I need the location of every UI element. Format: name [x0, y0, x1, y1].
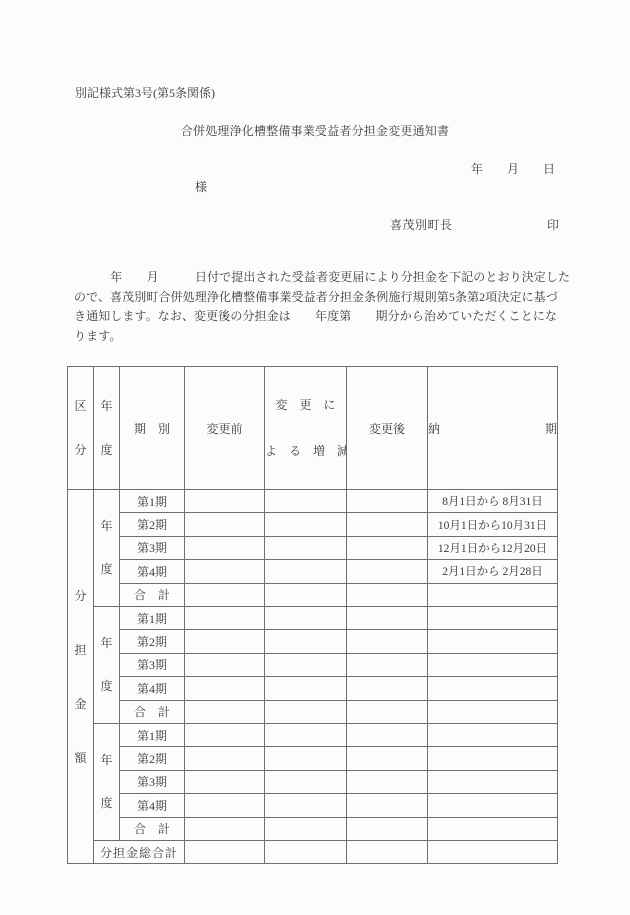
amount-before-cell — [185, 817, 265, 840]
fee-change-table: 区 分 年 度 期 別 変更前 変 更 に よ る 増 減 変更後 納 期 — [67, 366, 558, 864]
year-group-label: 年 度 — [94, 607, 120, 724]
issue-date-line: 年 月 日 — [471, 160, 555, 177]
amount-before-cell — [185, 607, 265, 630]
period-row: 第3期 — [68, 770, 558, 793]
amount-before-cell — [185, 841, 265, 864]
period-label-cell: 第1期 — [120, 490, 185, 513]
category-group-label: 分 担 金 額 — [68, 490, 94, 864]
amount-before-cell — [185, 794, 265, 817]
period-row: 年 度 第1期 — [68, 607, 558, 630]
amount-before-cell — [185, 677, 265, 700]
amount-after-cell — [347, 583, 428, 606]
due-period-cell — [428, 841, 558, 864]
amount-before-cell — [185, 747, 265, 770]
header-after: 変更後 — [347, 367, 428, 490]
amount-after-cell — [347, 817, 428, 840]
amount-after-cell — [347, 700, 428, 723]
category-char: 担 — [74, 641, 86, 658]
due-period-cell — [428, 653, 558, 676]
amount-change-cell — [265, 747, 347, 770]
form-number-label: 別記様式第3号(第5条関係) — [75, 84, 215, 101]
amount-change-cell — [265, 630, 347, 653]
amount-after-cell — [347, 747, 428, 770]
amount-change-cell — [265, 560, 347, 583]
grand-total-label: 分担金総合計 — [94, 841, 185, 864]
amount-before-cell — [185, 700, 265, 723]
header-due: 納 期 — [428, 367, 558, 490]
amount-after-cell — [347, 560, 428, 583]
amount-before-cell — [185, 490, 265, 513]
subtotal-row: 合 計 — [68, 700, 558, 723]
period-row: 第4期 — [68, 677, 558, 700]
period-row: 年 度 第1期 — [68, 724, 558, 747]
period-row: 第3期 12月1日から12月20日 — [68, 536, 558, 559]
amount-change-cell — [265, 817, 347, 840]
amount-after-cell — [347, 630, 428, 653]
due-period-cell — [428, 583, 558, 606]
amount-after-cell — [347, 513, 428, 536]
period-label-cell: 第4期 — [120, 677, 185, 700]
amount-before-cell — [185, 724, 265, 747]
seal-placeholder: 印 — [547, 216, 559, 233]
period-label-cell: 第1期 — [120, 607, 185, 630]
header-category: 区 分 — [68, 367, 94, 490]
amount-change-cell — [265, 583, 347, 606]
period-row: 第2期 — [68, 747, 558, 770]
amount-change-cell — [265, 794, 347, 817]
amount-change-cell — [265, 607, 347, 630]
year-group-label: 年 度 — [94, 724, 120, 841]
amount-change-cell — [265, 513, 347, 536]
notice-line: 年 月 日付で提出された受益者変更届により分担金を下記のとおり決定した — [74, 268, 556, 288]
period-label-cell: 第4期 — [120, 560, 185, 583]
amount-after-cell — [347, 536, 428, 559]
due-period-cell — [428, 607, 558, 630]
document-page: 別記様式第3号(第5条関係) 合併処理浄化槽整備事業受益者分担金変更通知書 年 … — [0, 0, 630, 915]
subtotal-row: 合 計 — [68, 583, 558, 606]
period-label-cell: 合 計 — [120, 583, 185, 606]
grand-total-row: 分担金総合計 — [68, 841, 558, 864]
notice-line: ので、喜茂別町合併処理浄化槽整備事業受益者分担金条例施行規則第5条第2項決定に基… — [74, 288, 556, 308]
addressee-honorific: 様 — [195, 178, 207, 195]
amount-change-cell — [265, 653, 347, 676]
period-row: 第2期 — [68, 630, 558, 653]
category-char: 額 — [74, 749, 86, 766]
period-row: 第4期 — [68, 794, 558, 817]
amount-before-cell — [185, 630, 265, 653]
document-title: 合併処理浄化槽整備事業受益者分担金変更通知書 — [0, 122, 630, 139]
subtotal-row: 合 計 — [68, 817, 558, 840]
amount-after-cell — [347, 607, 428, 630]
amount-change-cell — [265, 841, 347, 864]
due-period-cell — [428, 724, 558, 747]
notice-paragraph: 年 月 日付で提出された受益者変更届により分担金を下記のとおり決定した ので、喜… — [74, 268, 556, 346]
amount-before-cell — [185, 770, 265, 793]
amount-change-cell — [265, 770, 347, 793]
notice-line: き通知します。なお、変更後の分担金は 年度第 期分から治めていただくことにな — [74, 307, 556, 327]
period-label-cell: 第3期 — [120, 770, 185, 793]
period-row: 第3期 — [68, 653, 558, 676]
amount-before-cell — [185, 653, 265, 676]
amount-change-cell — [265, 536, 347, 559]
amount-change-cell — [265, 677, 347, 700]
header-period: 期 別 — [120, 367, 185, 490]
period-label-cell: 第2期 — [120, 630, 185, 653]
amount-after-cell — [347, 490, 428, 513]
amount-after-cell — [347, 770, 428, 793]
amount-after-cell — [347, 724, 428, 747]
due-period-cell: 2月1日から 2月28日 — [428, 560, 558, 583]
year-group-label: 年 度 — [94, 490, 120, 607]
amount-change-cell — [265, 490, 347, 513]
amount-before-cell — [185, 536, 265, 559]
amount-after-cell — [347, 841, 428, 864]
period-label-cell: 第1期 — [120, 724, 185, 747]
period-row: 第2期 10月1日から10月31日 — [68, 513, 558, 536]
amount-change-cell — [265, 724, 347, 747]
category-char: 分 — [74, 587, 86, 604]
amount-before-cell — [185, 513, 265, 536]
header-due-left: 納 — [428, 420, 440, 437]
sender-title: 喜茂別町長 — [390, 216, 453, 233]
due-period-cell — [428, 630, 558, 653]
header-year: 年 度 — [94, 367, 120, 490]
period-label-cell: 第3期 — [120, 653, 185, 676]
amount-after-cell — [347, 677, 428, 700]
period-label-cell: 第4期 — [120, 794, 185, 817]
due-period-cell — [428, 700, 558, 723]
due-period-cell — [428, 817, 558, 840]
category-char: 金 — [74, 695, 86, 712]
period-label-cell: 合 計 — [120, 700, 185, 723]
due-period-cell: 10月1日から10月31日 — [428, 513, 558, 536]
amount-after-cell — [347, 653, 428, 676]
period-label-cell: 第2期 — [120, 513, 185, 536]
period-row: 分 担 金 額 年 度 第1期 8月1日から 8月31日 — [68, 490, 558, 513]
due-period-cell: 12月1日から12月20日 — [428, 536, 558, 559]
notice-line: ります。 — [74, 327, 556, 347]
amount-change-cell — [265, 700, 347, 723]
period-label-cell: 合 計 — [120, 817, 185, 840]
header-before: 変更前 — [185, 367, 265, 490]
due-period-cell — [428, 770, 558, 793]
header-due-right: 期 — [545, 420, 557, 437]
amount-before-cell — [185, 583, 265, 606]
due-period-cell — [428, 747, 558, 770]
due-period-cell — [428, 677, 558, 700]
table-header-row: 区 分 年 度 期 別 変更前 変 更 に よ る 増 減 変更後 納 期 — [68, 367, 558, 490]
header-change: 変 更 に よ る 増 減 — [265, 367, 347, 490]
due-period-cell: 8月1日から 8月31日 — [428, 490, 558, 513]
period-label-cell: 第3期 — [120, 536, 185, 559]
due-period-cell — [428, 794, 558, 817]
period-label-cell: 第2期 — [120, 747, 185, 770]
period-row: 第4期 2月1日から 2月28日 — [68, 560, 558, 583]
amount-before-cell — [185, 560, 265, 583]
amount-after-cell — [347, 794, 428, 817]
